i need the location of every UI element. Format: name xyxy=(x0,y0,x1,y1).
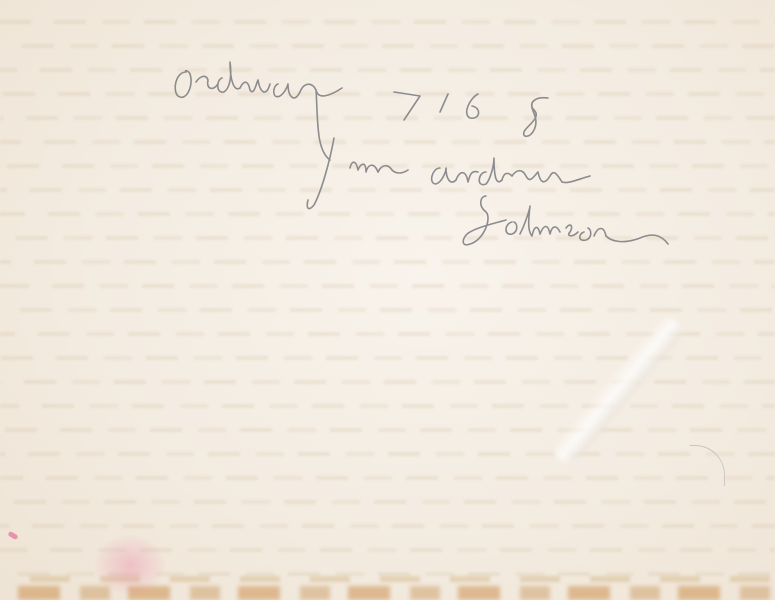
handwriting-mr-andrew xyxy=(307,138,590,209)
handwriting-7168 xyxy=(394,92,548,136)
pencil-inscription xyxy=(0,0,775,600)
handwriting-ordway xyxy=(175,62,342,160)
photo-verso: Ordway 7168 Mr Andrew Johnson xyxy=(0,0,775,600)
handwriting-johnson xyxy=(463,196,668,245)
